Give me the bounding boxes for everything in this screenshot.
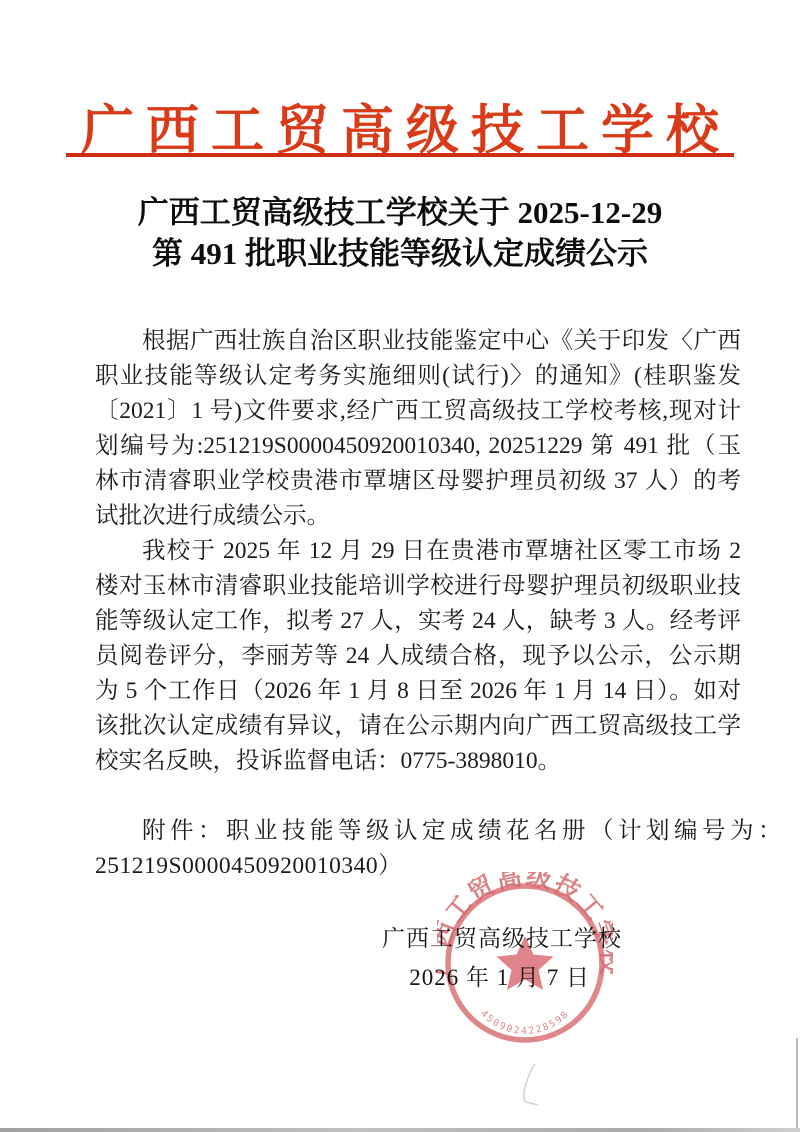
document-body: 根据广西壮族自治区职业技能鉴定中心《关于印发〈广西职业技能等级认定考务实施细则(… [95,324,741,884]
paragraph-basis: 根据广西壮族自治区职业技能鉴定中心《关于印发〈广西职业技能等级认定考务实施细则(… [95,324,741,534]
masthead-divider [66,153,734,157]
attachment-line-2: 251219S0000450920010340） [95,849,741,884]
document-title: 广西工贸高级技工学校关于 2025-12-29 第 491 批职业技能等级认定成… [0,192,800,274]
signature-organization: 广西工贸高级技工学校 [382,920,622,953]
document-title-line-1: 广西工贸高级技工学校关于 2025-12-29 [138,195,662,230]
scan-scratch-artifact [505,1058,555,1114]
scanned-document-page: 广西工贸高级技工学校 广西工贸高级技工学校关于 2025-12-29 第 491… [0,0,800,1132]
attachment-note: 附件：职业技能等级认定成绩花名册（计划编号为： 251219S000045092… [95,814,741,884]
document-title-line-2: 第 491 批职业技能等级认定成绩公示 [152,236,648,271]
scan-right-edge-shadow [796,1038,798,1130]
attachment-line-1: 附件：职业技能等级认定成绩花名册（计划编号为： [95,814,741,849]
scan-bottom-edge-shadow [0,1128,800,1132]
paragraph-results: 我校于 2025 年 12 月 29 日在贵港市覃塘社区零工市场 2 楼对玉林市… [95,534,741,779]
signature-date: 2026 年 1 月 7 日 [409,959,590,992]
